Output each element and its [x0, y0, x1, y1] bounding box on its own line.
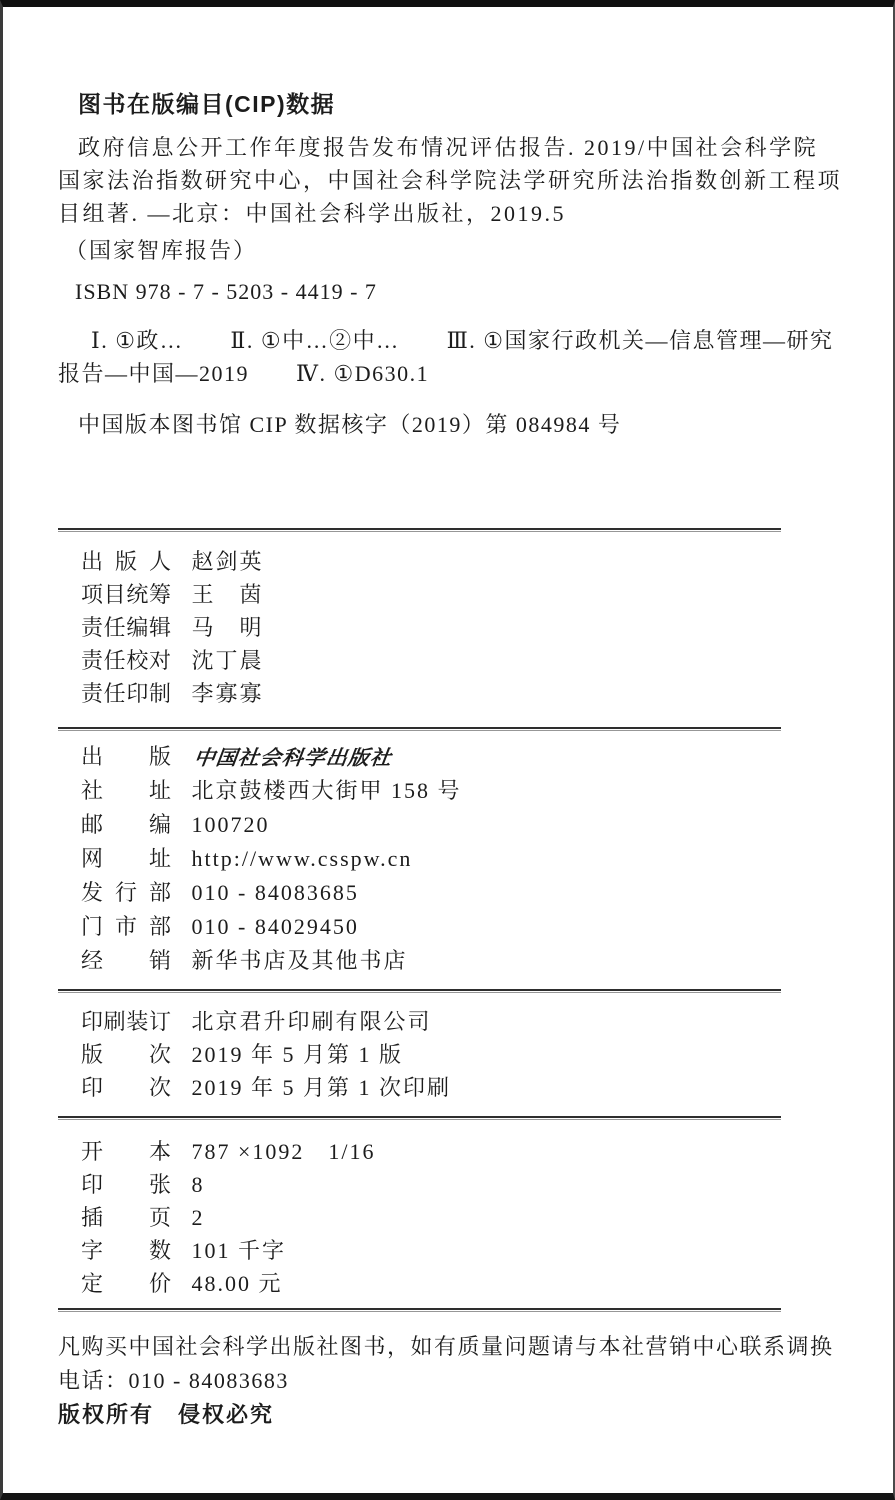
- row-value: 2019 年 5 月第 1 版: [192, 1042, 404, 1067]
- classification-line: Ⅰ. ①政… Ⅱ. ①中…②中… Ⅲ. ①国家行政机关—信息管理—研究: [58, 324, 830, 357]
- row-value: 48.00 元: [192, 1271, 283, 1296]
- classification-line: 报告—中国—2019 Ⅳ. ①D630.1: [58, 357, 830, 390]
- row-value: 2019 年 5 月第 1 次印刷: [192, 1075, 452, 1100]
- row-label: 项目统筹: [81, 578, 171, 611]
- info-row: 网址 http://www.csspw.cn: [58, 842, 838, 876]
- row-value: 010 - 84029450: [192, 914, 359, 939]
- copyright-statement: 版权所有 侵权必究: [58, 1398, 848, 1432]
- publisher-logo: 中国社会科学出版社: [192, 741, 394, 774]
- row-label: 邮编: [81, 808, 171, 842]
- row-value: 2: [192, 1205, 205, 1230]
- row-value: 787 ×1092 1/16: [192, 1139, 376, 1164]
- info-row: 责任校对 沈丁晨: [58, 644, 838, 677]
- row-value: 李寡寡: [192, 681, 264, 706]
- notice-line: 凡购买中国社会科学出版社图书，如有质量问题请与本社营销中心联系调换: [58, 1330, 848, 1364]
- copyright-page: 图书在版编目(CIP)数据 政府信息公开工作年度报告发布情况评估报告. 2019…: [0, 0, 895, 1500]
- info-row: 邮编 100720: [58, 808, 838, 842]
- format-section: 开本 787 ×1092 1/16 印张 8 插页 2 字数 101 千字 定价…: [58, 1135, 838, 1300]
- row-value: 新华书店及其他书店: [192, 948, 408, 973]
- cip-heading: 图书在版编目(CIP)数据: [58, 87, 830, 121]
- section-divider: [58, 989, 781, 993]
- row-value: 沈丁晨: [192, 648, 264, 673]
- row-value: 王 茵: [192, 582, 264, 607]
- row-label: 开本: [81, 1135, 171, 1168]
- row-label: 印刷装订: [81, 1005, 171, 1038]
- series-note: （国家智库报告）: [58, 234, 830, 267]
- info-row: 插页 2: [58, 1201, 838, 1234]
- info-row: 定价 48.00 元: [58, 1267, 838, 1300]
- info-row: 经销 新华书店及其他书店: [58, 944, 838, 978]
- info-row: 字数 101 千字: [58, 1234, 838, 1267]
- row-value: 101 千字: [192, 1238, 287, 1263]
- section-divider: [58, 528, 781, 532]
- row-label: 门市部: [81, 910, 171, 944]
- cip-paragraph-line: 目组著. —北京：中国社会科学出版社，2019.5: [58, 197, 830, 230]
- row-value: 100720: [192, 812, 270, 837]
- info-row: 社址 北京鼓楼西大街甲 158 号: [58, 774, 838, 808]
- info-row: 印张 8: [58, 1168, 838, 1201]
- row-label: 责任校对: [81, 644, 171, 677]
- section-divider: [58, 1116, 781, 1120]
- row-label: 责任印制: [81, 677, 171, 710]
- info-row: 出版人 赵剑英: [58, 545, 838, 578]
- cip-block: 图书在版编目(CIP)数据 政府信息公开工作年度报告发布情况评估报告. 2019…: [58, 87, 830, 441]
- row-value: 马 明: [192, 615, 264, 640]
- row-label: 社址: [81, 774, 171, 808]
- info-row: 门市部 010 - 84029450: [58, 910, 838, 944]
- section-divider: [58, 727, 781, 731]
- info-row: 开本 787 ×1092 1/16: [58, 1135, 838, 1168]
- quality-notice: 凡购买中国社会科学出版社图书，如有质量问题请与本社营销中心联系调换 电话：010…: [58, 1330, 848, 1432]
- info-row: 印次 2019 年 5 月第 1 次印刷: [58, 1071, 838, 1104]
- info-row: 责任印制 李寡寡: [58, 677, 838, 710]
- row-label: 插页: [81, 1201, 171, 1234]
- info-row: 责任编辑 马 明: [58, 611, 838, 644]
- cip-classification: Ⅰ. ①政… Ⅱ. ①中…②中… Ⅲ. ①国家行政机关—信息管理—研究 报告—中…: [58, 324, 830, 390]
- info-row: 印刷装订 北京君升印刷有限公司: [58, 1005, 838, 1038]
- row-value: 8: [192, 1172, 205, 1197]
- row-value: http://www.csspw.cn: [192, 846, 413, 871]
- row-value: 北京君升印刷有限公司: [192, 1009, 432, 1034]
- cip-paragraph: 政府信息公开工作年度报告发布情况评估报告. 2019/中国社会科学院 国家法治指…: [58, 131, 830, 230]
- row-label: 印次: [81, 1071, 171, 1104]
- row-label: 出版: [81, 740, 171, 774]
- publisher-section: 出版 中国社会科学出版社 社址 北京鼓楼西大街甲 158 号 邮编 100720…: [58, 740, 838, 978]
- staff-section: 出版人 赵剑英 项目统筹 王 茵 责任编辑 马 明 责任校对 沈丁晨 责任印制 …: [58, 545, 838, 710]
- info-row: 出版 中国社会科学出版社: [58, 740, 838, 774]
- row-label: 印张: [81, 1168, 171, 1201]
- row-value: 北京鼓楼西大街甲 158 号: [192, 778, 462, 803]
- row-value: 010 - 84083685: [192, 880, 359, 905]
- row-label: 责任编辑: [81, 611, 171, 644]
- isbn-line: ISBN 978 - 7 - 5203 - 4419 - 7: [58, 275, 830, 308]
- cip-record-number: 中国版本图书馆 CIP 数据核字（2019）第 084984 号: [58, 408, 830, 441]
- cip-paragraph-line: 政府信息公开工作年度报告发布情况评估报告. 2019/中国社会科学院: [58, 131, 830, 164]
- section-divider: [58, 1308, 781, 1312]
- notice-phone: 电话：010 - 84083683: [58, 1364, 848, 1398]
- info-row: 版次 2019 年 5 月第 1 版: [58, 1038, 838, 1071]
- print-section: 印刷装订 北京君升印刷有限公司 版次 2019 年 5 月第 1 版 印次 20…: [58, 1005, 838, 1104]
- row-label: 网址: [81, 842, 171, 876]
- row-label: 出版人: [81, 545, 171, 578]
- row-label: 版次: [81, 1038, 171, 1071]
- row-label: 字数: [81, 1234, 171, 1267]
- row-label: 发行部: [81, 876, 171, 910]
- cip-paragraph-line: 国家法治指数研究中心，中国社会科学院法学研究所法治指数创新工程项: [58, 164, 830, 197]
- row-value: 赵剑英: [192, 549, 264, 574]
- row-label: 经销: [81, 944, 171, 978]
- row-label: 定价: [81, 1267, 171, 1300]
- info-row: 项目统筹 王 茵: [58, 578, 838, 611]
- info-row: 发行部 010 - 84083685: [58, 876, 838, 910]
